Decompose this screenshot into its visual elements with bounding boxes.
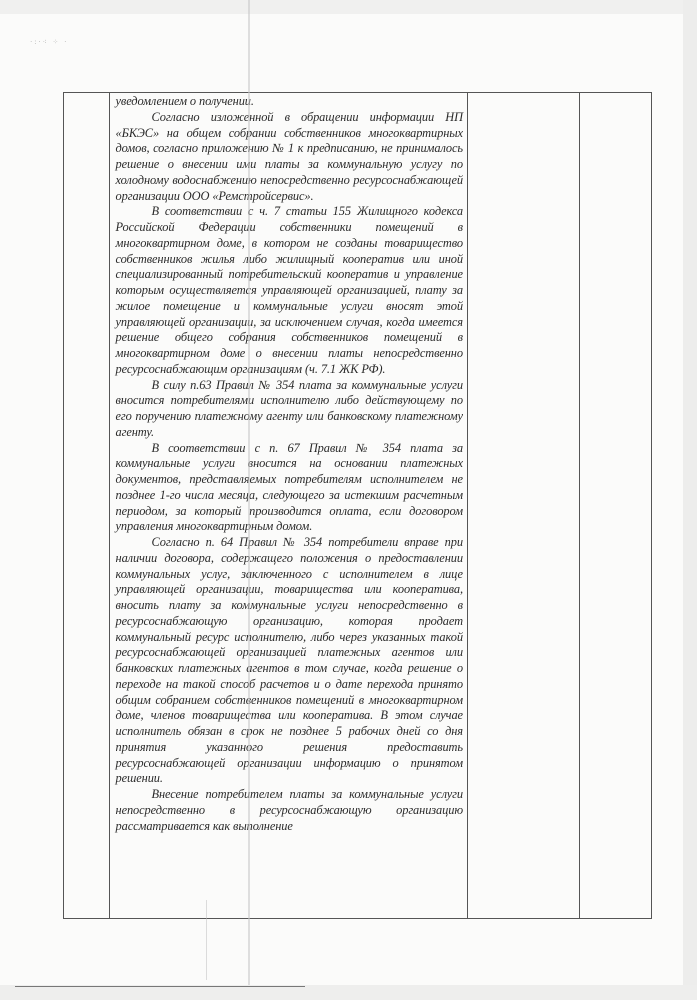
scan-fold-line bbox=[206, 900, 207, 980]
paragraph: Согласно п. 64 Правил № 354 потребители … bbox=[116, 535, 463, 787]
table-cell-content: уведомлением о получении. Согласно излож… bbox=[109, 93, 467, 919]
scan-edge-right bbox=[683, 0, 697, 1000]
scan-fold-line bbox=[248, 0, 250, 985]
paragraph: В силу п.63 Правил № 354 плата за коммун… bbox=[116, 378, 463, 441]
table-cell-empty bbox=[579, 93, 651, 919]
document-table: уведомлением о получении. Согласно излож… bbox=[63, 92, 652, 919]
paragraph: Согласно изложенной в обращении информац… bbox=[116, 110, 463, 205]
paragraph: В соответствии с п. 67 Правил № 354 плат… bbox=[116, 441, 463, 536]
scan-specks: ·:·⁖ ⁘ · bbox=[30, 38, 90, 64]
table-cell-empty bbox=[467, 93, 579, 919]
paragraph: Внесение потребителем платы за коммуналь… bbox=[116, 787, 463, 834]
paragraph: уведомлением о получении. bbox=[116, 94, 463, 110]
scan-edge-top bbox=[0, 0, 697, 14]
scan-artifact-line bbox=[15, 986, 305, 987]
content-text: уведомлением о получении. Согласно излож… bbox=[110, 93, 467, 834]
table-row: уведомлением о получении. Согласно излож… bbox=[64, 93, 652, 919]
paragraph: В соответствии с ч. 7 статьи 155 Жилищно… bbox=[116, 204, 463, 377]
scan-edge-bottom bbox=[0, 985, 697, 1000]
table-cell-number bbox=[64, 93, 110, 919]
